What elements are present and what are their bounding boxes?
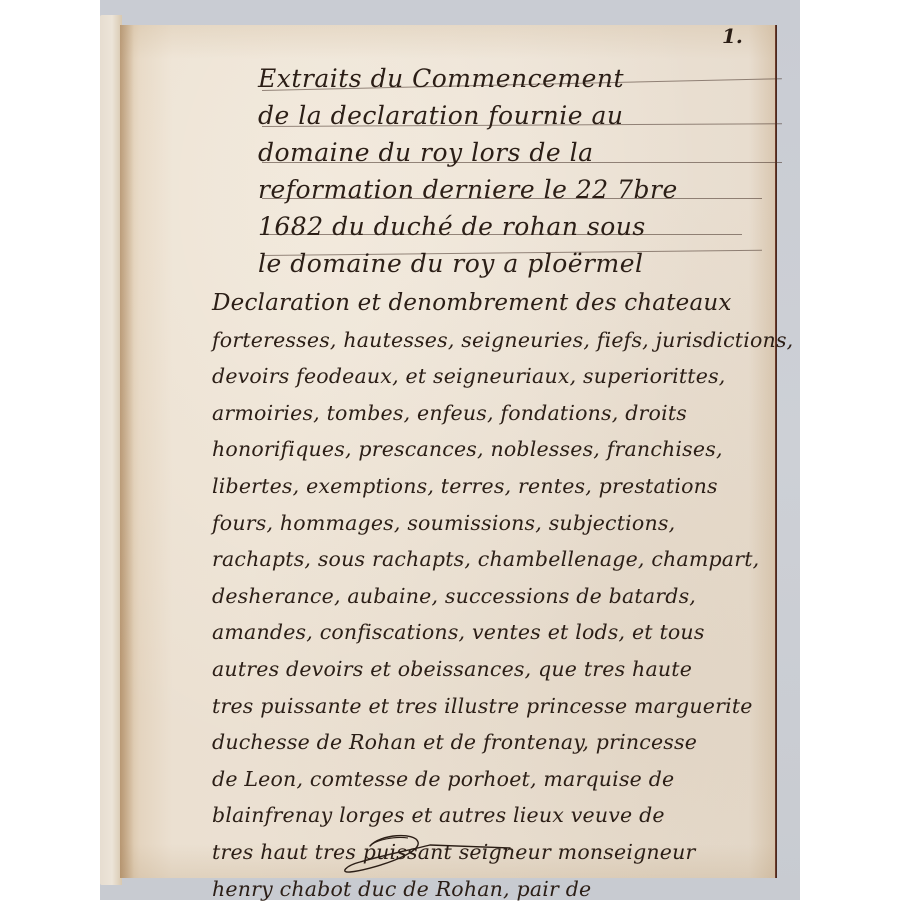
body-line: rachapts, sous rachapts, chambellenage, …	[212, 541, 793, 578]
manuscript-title: Extraits du Commencement de la declarati…	[258, 60, 678, 282]
body-line: de Leon, comtesse de porhoet, marquise d…	[212, 761, 793, 798]
body-line: amandes, confiscations, ventes et lods, …	[212, 614, 793, 651]
title-line: domaine du roy lors de la	[258, 134, 678, 171]
body-line: honorifiques, prescances, noblesses, fra…	[212, 431, 793, 468]
book-page-edge	[100, 15, 122, 885]
title-line: Extraits du Commencement	[258, 60, 678, 97]
body-line: devoirs feodeaux, et seigneuriaux, super…	[212, 358, 793, 395]
body-line: Declaration et denombrement des chateaux	[212, 285, 793, 322]
body-line: fours, hommages, soumissions, subjection…	[212, 505, 793, 542]
body-line: libertes, exemptions, terres, rentes, pr…	[212, 468, 793, 505]
body-line: armoiries, tombes, enfeus, fondations, d…	[212, 395, 793, 432]
title-line: 1682 du duché de rohan sous	[258, 208, 678, 245]
body-line: autres devoirs et obeissances, que tres …	[212, 651, 793, 688]
body-line: duchesse de Rohan et de frontenay, princ…	[212, 724, 793, 761]
manuscript-body: Declaration et denombrement des chateaux…	[212, 285, 793, 900]
title-line: de la declaration fournie au	[258, 97, 678, 134]
title-line: reformation derniere le 22 7bre	[258, 171, 678, 208]
title-line: le domaine du roy a ploërmel	[258, 245, 678, 282]
ornamental-flourish-icon	[340, 826, 520, 876]
body-line: forteresses, hautesses, seigneuries, fie…	[212, 322, 793, 359]
spine-shadow	[120, 25, 134, 878]
folio-number: 1.	[722, 24, 743, 48]
body-line: desherance, aubaine, successions de bata…	[212, 578, 793, 615]
body-line: tres puissante et tres illustre princess…	[212, 688, 793, 725]
